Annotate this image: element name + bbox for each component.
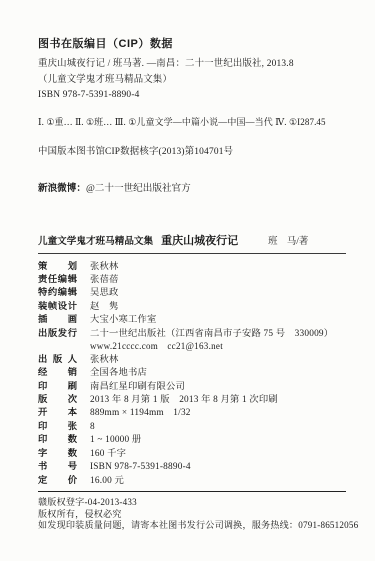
copyright-page: 图书在版编目（CIP）数据 重庆山城夜行记 / 班马著. —南昌：二十一世纪出版… [0,0,375,561]
colophon-row-label: 特约编辑 [38,286,77,298]
colophon-row-label: 插画 [38,313,77,325]
footer-line: 如发现印装质量问题，请寄本社图书发行公司调换，服务热线：0791-8651205… [38,520,347,532]
colophon-row-value: 8 [90,421,95,433]
colophon-row-value: 2013 年 8 月第 1 版 2013 年 8 月第 1 次印刷 [90,394,278,406]
price-divider [38,491,346,492]
weibo-handle: @二十一世纪出版社官方 [86,183,191,194]
colophon-row: 版次 2013 年 8 月第 1 版 2013 年 8 月第 1 次印刷 [38,393,347,406]
cip-title: 图书在版编目（CIP）数据 [38,37,347,51]
colophon-row-value: 889mm × 1194mm 1/32 [90,407,191,419]
cip-archive-number: 中国版本图书馆CIP数据核字(2013)第104701号 [38,146,347,158]
colophon-row: 定价 16.00 元 [38,474,347,487]
colophon-row: 印张 8 [38,420,347,433]
footer-lines: 赣版权登字-04-2013-433版权所有，侵权必究如发现印装质量问题，请寄本社… [38,497,347,532]
colophon-row-extra: www.21cccc.com cc21@163.net [90,340,347,352]
colophon-row: 装帧设计 赵 隽 [38,300,347,313]
colophon-row-value: 大宝小寒工作室 [90,314,156,326]
colophon-row-label: 责任编辑 [38,273,77,285]
colophon-row: 字数 160 千字 [38,447,347,460]
colophon-row-label: 字数 [38,447,77,459]
colophon-row: 责任编辑 张蓓蓓 [38,273,347,286]
colophon-row-label: 经销 [38,366,77,378]
colophon-row-value: 张秋林 [90,354,119,366]
colophon-row: 印数 1 ~ 10000 册 [38,433,347,446]
colophon-row-label: 策划 [38,260,77,272]
weibo-label: 新浪微博： [38,183,86,194]
colophon-row: 开本 889mm × 1194mm 1/32 [38,406,347,419]
book-title: 重庆山城夜行记 [161,235,238,248]
cip-isbn: ISBN 978-7-5391-8890-4 [38,88,347,104]
colophon-row-value: 南昌红星印刷有限公司 [90,381,185,393]
colophon-row: 经销 全国各地书店 [38,366,347,379]
colophon-row-value: 吴思政 [90,287,119,299]
weibo-line: 新浪微博：@二十一世纪出版社官方 [38,183,347,195]
footer-line: 赣版权登字-04-2013-433 [38,497,347,509]
colophon-row-value: ISBN 978-7-5391-8890-4 [90,461,191,473]
colophon-row-value: 张秋林 [90,261,119,273]
colophon-row-value: 全国各地书店 [90,367,147,379]
colophon-row: 印刷 南昌红星印刷有限公司 [38,380,347,393]
book-author: 班 马/著 [268,236,308,249]
colophon-row: 特约编辑 吴思政 [38,286,347,299]
colophon-row-value: 160 千字 [90,448,126,460]
cip-series-note: （儿童文学鬼才班马精品文集） [38,73,347,89]
colophon-row-label: 印张 [38,420,77,432]
colophon-row: 出版人 张秋林 [38,353,347,366]
book-header: 儿童文学鬼才班马精品文集 重庆山城夜行记 班 马/著 [38,235,347,249]
colophon-row-value: 张蓓蓓 [90,274,119,286]
colophon-row-label: 版次 [38,393,77,405]
colophon-rows: 策划 张秋林 责任编辑 张蓓蓓 特约编辑 吴思政 装帧设计 赵 隽 插画 大宝小… [38,260,347,488]
series-divider [38,253,346,254]
colophon-row-label: 开本 [38,406,77,418]
colophon-row: 策划 张秋林 [38,260,347,273]
cip-classification: Ⅰ. ①重… Ⅱ. ①班… Ⅲ. ①儿童文学—中篇小说—中国—当代 Ⅳ. ①I2… [38,116,347,128]
footer-line: 版权所有，侵权必究 [38,509,347,521]
colophon-row: 书号 ISBN 978-7-5391-8890-4 [38,460,347,473]
colophon-row-value: 16.00 元 [90,475,124,487]
colophon-row-value: 二十一世纪出版社（江西省南昌市子安路 75 号 330009） [90,328,333,340]
colophon-row-label: 装帧设计 [38,300,77,312]
colophon-row-label: 定价 [38,474,77,486]
colophon-row: 插画 大宝小寒工作室 [38,313,347,326]
colophon-row-label: 书号 [38,460,77,472]
colophon-row-label: 印数 [38,433,77,445]
colophon-row-value: 赵 隽 [90,301,119,313]
colophon-row-label: 出版发行 [38,327,77,339]
cip-record-line: 重庆山城夜行记 / 班马著. —南昌：二十一世纪出版社, 2013.8 [38,57,347,73]
colophon-row-label: 出版人 [38,353,77,365]
colophon-row-value: 1 ~ 10000 册 [90,434,141,446]
series-name: 儿童文学鬼才班马精品文集 [38,235,153,248]
colophon-row: 出版发行 二十一世纪出版社（江西省南昌市子安路 75 号 330009） [38,327,347,340]
colophon-row-label: 印刷 [38,380,77,392]
